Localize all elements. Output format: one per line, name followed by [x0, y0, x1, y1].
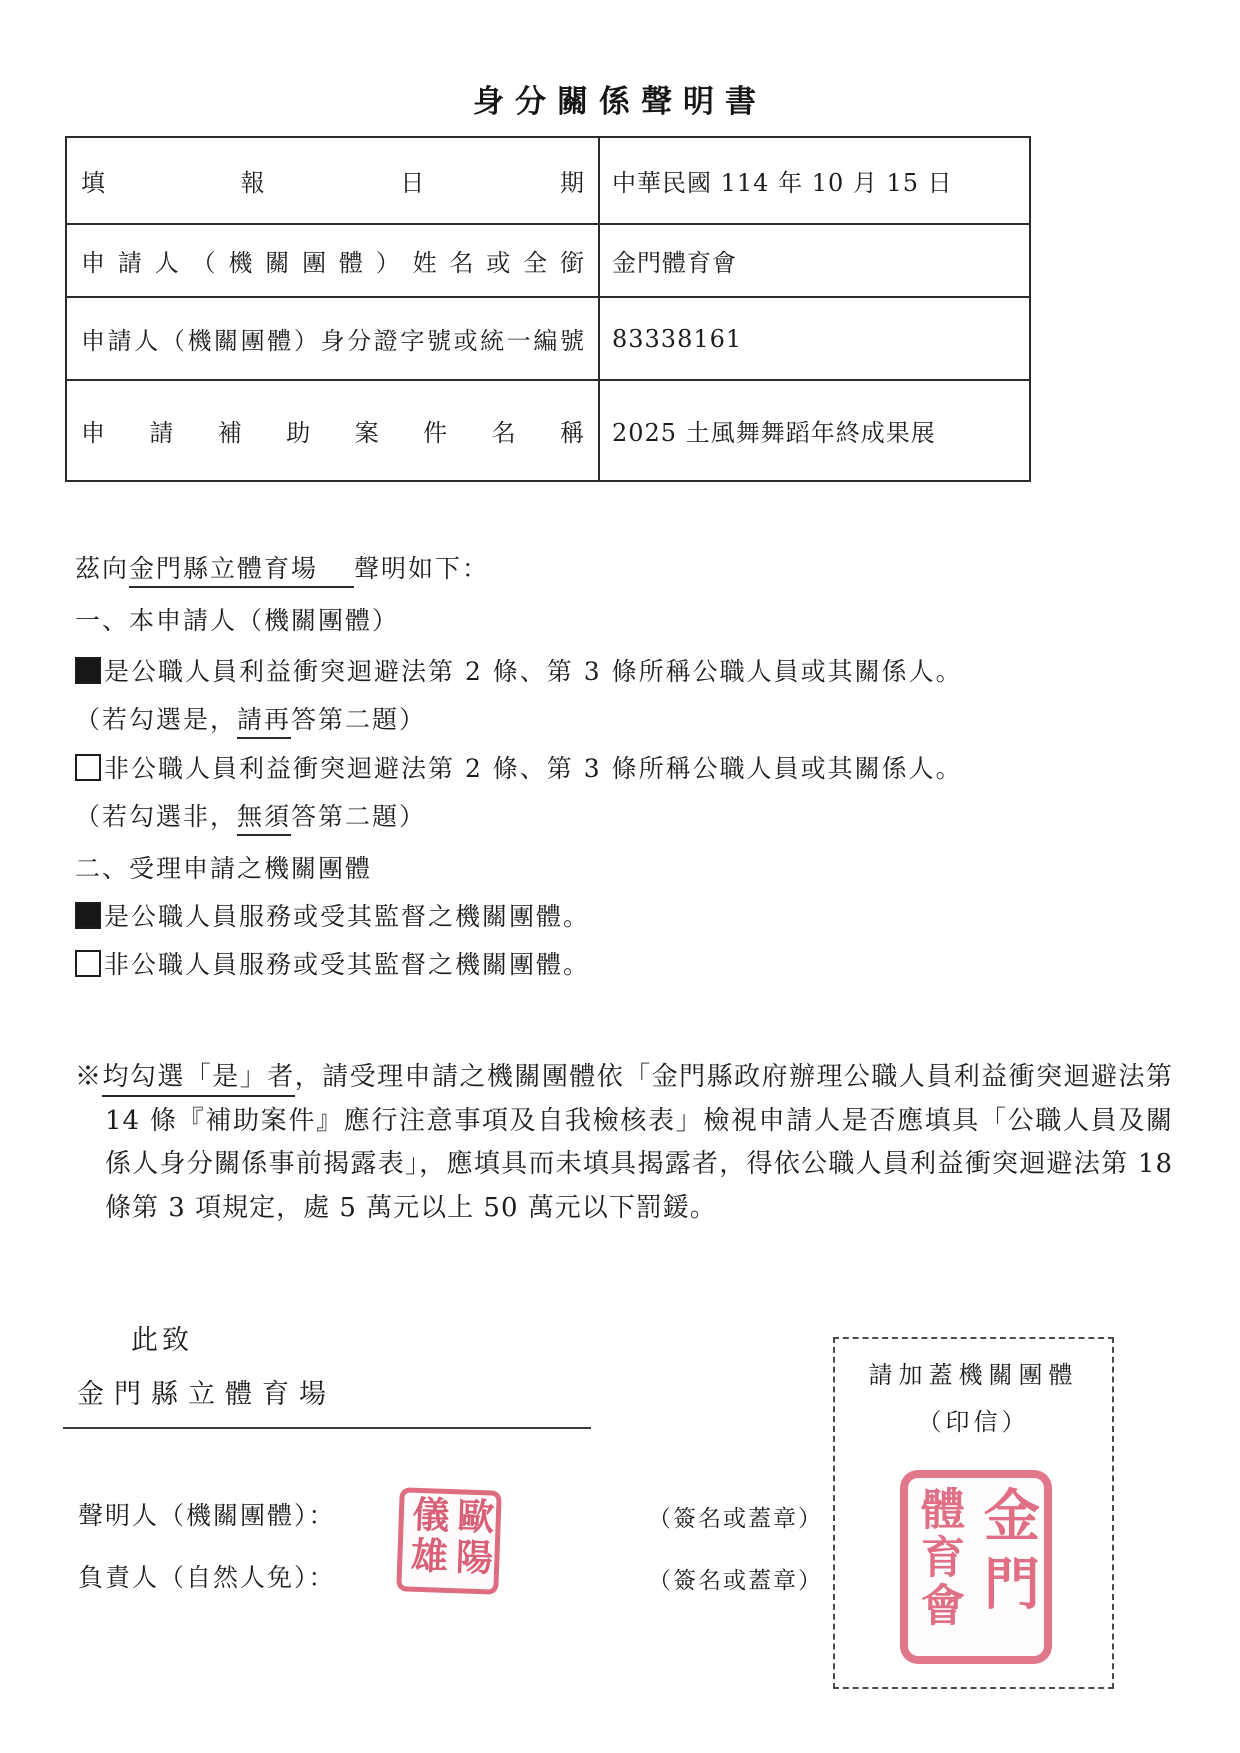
declarant-label: 聲明人（機關團體）：: [78, 1496, 336, 1532]
note-underlined: 均勾選「是」者: [102, 1062, 294, 1097]
row-value-case-name: 2025 土風舞舞蹈年終成果展: [599, 380, 1030, 481]
note-prefix: （若勾選是，: [75, 705, 237, 734]
section-2-option-yes: 是公職人員服務或受其監督之機關團體。: [75, 897, 590, 933]
table-row: 申請補助案件名稱 2025 土風舞舞蹈年終成果展: [66, 380, 1030, 481]
note-prefix: （若勾選非，: [75, 802, 237, 831]
seal-instruction-line2: （印信）: [835, 1402, 1112, 1437]
declaration-info-table: 填報日期 中華民國 114 年 10 月 15 日 申請人（機關團體）姓名或全銜…: [65, 136, 1031, 482]
personal-seal-left-column: 儀雄: [406, 1495, 446, 1586]
row-value-applicant-name: 金門體育會: [599, 224, 1030, 297]
organization-seal-stamp: 體育會 金門: [900, 1470, 1052, 1664]
org-seal-right-column: 金門: [980, 1486, 1036, 1648]
closing-salutation: 此致: [131, 1318, 193, 1357]
checkbox-empty-icon: [75, 754, 101, 781]
org-seal-left-column: 體育會: [916, 1486, 960, 1648]
section-1-option-no: 非公職人員利益衝突迴避法第 2 條、第 3 條所稱公職人員或其關係人。: [75, 749, 963, 785]
penalty-note: ※均勾選「是」者，請受理申請之機關團體依「金門縣政府辦理公職人員利益衝突迴避法第…: [75, 1056, 1173, 1230]
intro-suffix: 聲明如下：: [354, 554, 489, 583]
intro-target-underlined: 金門縣立體育場: [129, 554, 354, 588]
note-marker: ※: [75, 1062, 102, 1092]
note-suffix: 答第二題）: [291, 802, 426, 831]
note-suffix: 答第二題）: [291, 705, 426, 734]
recipient-underline: 金門縣立體育場: [63, 1372, 591, 1429]
checkbox-empty-icon: [75, 950, 101, 977]
checkbox-filled-icon: [75, 902, 101, 929]
row-label-filing-date: 填報日期: [66, 137, 599, 224]
scanned-declaration-document: 身分關係聲明書 填報日期 中華民國 114 年 10 月 15 日 申請人（機關…: [0, 0, 1240, 1753]
signature-hint: （簽名或蓋章）: [648, 1500, 823, 1533]
option-text: 非公職人員服務或受其監督之機關團體。: [104, 950, 590, 979]
section-1-heading: 一、本申請人（機關團體）: [75, 601, 399, 637]
table-row: 填報日期 中華民國 114 年 10 月 15 日: [66, 137, 1030, 224]
row-value-id-number: 83338161: [599, 297, 1030, 380]
seal-instruction-line1: 請加蓋機關團體: [835, 1355, 1112, 1390]
option-text: 是公職人員利益衝突迴避法第 2 條、第 3 條所稱公職人員或其關係人。: [104, 657, 963, 686]
checkbox-filled-icon: [75, 657, 101, 684]
table-row: 申請人（機關團體）身分證字號或統一編號 83338161: [66, 297, 1030, 380]
table-row: 申請人（機關團體）姓名或全銜 金門體育會: [66, 224, 1030, 297]
signature-hint: （簽名或蓋章）: [648, 1562, 823, 1595]
note-underlined: 請再: [237, 705, 291, 739]
note-underlined: 無須: [237, 802, 291, 836]
row-label-id-number: 申請人（機關團體）身分證字號或統一編號: [66, 297, 599, 380]
option-text: 非公職人員利益衝突迴避法第 2 條、第 3 條所稱公職人員或其關係人。: [104, 754, 963, 783]
row-label-case-name: 申請補助案件名稱: [66, 380, 599, 481]
section-2-heading: 二、受理申請之機關團體: [75, 849, 372, 885]
responsible-person-label: 負責人（自然人免）：: [78, 1558, 336, 1594]
section-1-option-yes: 是公職人員利益衝突迴避法第 2 條、第 3 條所稱公職人員或其關係人。: [75, 652, 963, 688]
declaration-intro: 茲向金門縣立體育場聲明如下：: [75, 549, 489, 585]
row-value-filing-date: 中華民國 114 年 10 月 15 日: [599, 137, 1030, 224]
section-2-option-no: 非公職人員服務或受其監督之機關團體。: [75, 945, 590, 981]
option-text: 是公職人員服務或受其監督之機關團體。: [104, 902, 590, 931]
personal-name-seal-stamp: 儀雄 歐陽: [396, 1487, 502, 1594]
section-1-note-yes: （若勾選是，請再答第二題）: [75, 700, 426, 736]
personal-seal-right-column: 歐陽: [451, 1496, 491, 1587]
section-1-note-no: （若勾選非，無須答第二題）: [75, 797, 426, 833]
intro-prefix: 茲向: [75, 554, 129, 583]
row-label-applicant-name: 申請人（機關團體）姓名或全銜: [66, 224, 599, 297]
document-title: 身分關係聲明書: [0, 76, 1240, 121]
